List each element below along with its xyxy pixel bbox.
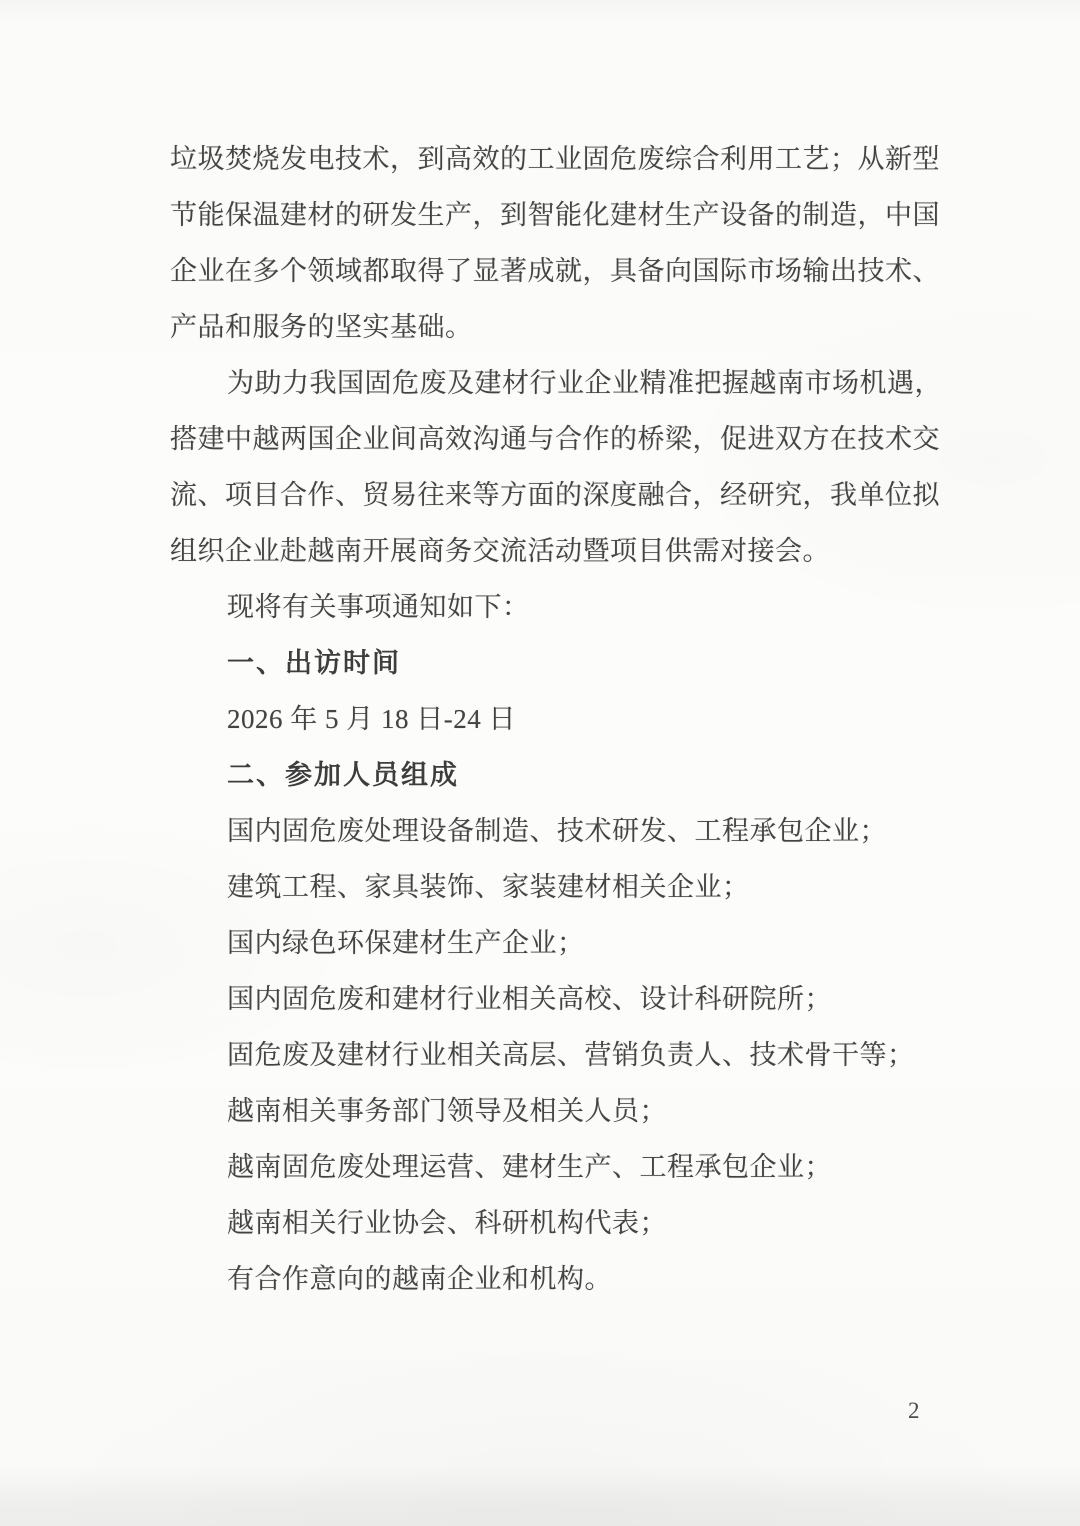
paragraph2-line: 流、项目合作、贸易往来等方面的深度融合，经研究，我单位拟 [170, 467, 945, 523]
paragraph2-line: 搭建中越两国企业间高效沟通与合作的桥梁，促进双方在技术交 [170, 411, 945, 467]
participant-list-item: 固危废及建材行业相关高层、营销负责人、技术骨干等； [170, 1027, 945, 1083]
participant-list-item: 建筑工程、家具装饰、家装建材相关企业； [170, 859, 945, 915]
document-page: 垃圾焚烧发电技术，到高效的工业固危废综合利用工艺；从新型 节能保温建材的研发生产… [0, 0, 1080, 1526]
section1-heading: 一、出访时间 [170, 635, 945, 691]
paragraph2-line: 为助力我国固危废及建材行业企业精准把握越南市场机遇， [170, 355, 945, 411]
paragraph1-line: 产品和服务的坚实基础。 [170, 299, 945, 355]
paragraph2-line: 组织企业赴越南开展商务交流活动暨项目供需对接会。 [170, 523, 945, 579]
participant-list-item: 国内固危废和建材行业相关高校、设计科研院所； [170, 971, 945, 1027]
paragraph1-line: 企业在多个领域都取得了显著成就，具备向国际市场输出技术、 [170, 243, 945, 299]
participant-list-item: 国内固危废处理设备制造、技术研发、工程承包企业； [170, 803, 945, 859]
participant-list-item: 有合作意向的越南企业和机构。 [170, 1251, 945, 1307]
participant-list-item: 越南固危废处理运营、建材生产、工程承包企业； [170, 1139, 945, 1195]
document-body: 垃圾焚烧发电技术，到高效的工业固危废综合利用工艺；从新型 节能保温建材的研发生产… [170, 131, 945, 1307]
participant-list-item: 国内绿色环保建材生产企业； [170, 915, 945, 971]
participant-list-item: 越南相关行业协会、科研机构代表； [170, 1195, 945, 1251]
page-number: 2 [908, 1396, 920, 1426]
section2-heading: 二、参加人员组成 [170, 747, 945, 803]
paragraph1-line: 垃圾焚烧发电技术，到高效的工业固危废综合利用工艺；从新型 [170, 131, 945, 187]
participant-list-item: 越南相关事务部门领导及相关人员； [170, 1083, 945, 1139]
paragraph1-line: 节能保温建材的研发生产，到智能化建材生产设备的制造，中国 [170, 187, 945, 243]
notice-intro-line: 现将有关事项通知如下： [170, 579, 945, 635]
visit-date: 2026 年 5 月 18 日-24 日 [170, 691, 945, 747]
